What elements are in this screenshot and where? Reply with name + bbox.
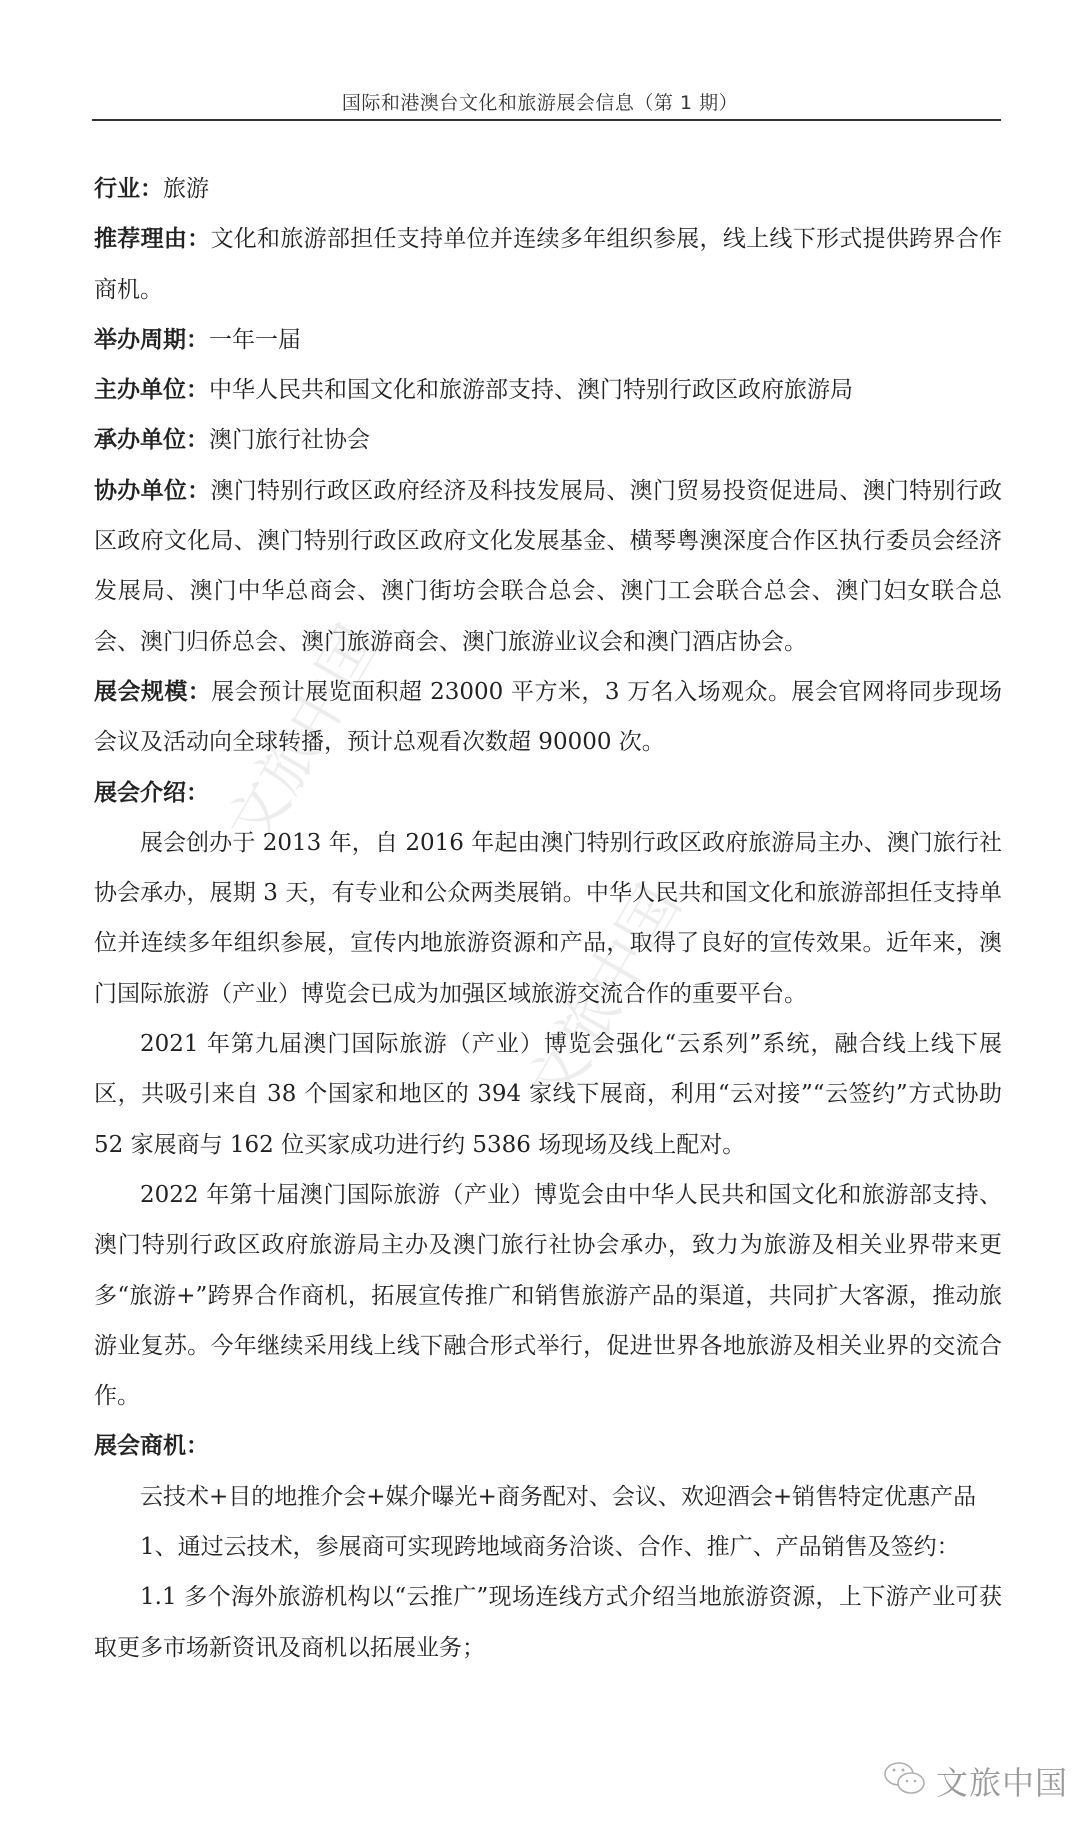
opportunities-heading: 展会商机： xyxy=(94,1421,1002,1471)
field-value: 文化和旅游部担任支持单位并连续多年组织参展，线上线下形式提供跨界合作商机。 xyxy=(94,226,1002,302)
field-value: 旅游 xyxy=(163,176,209,202)
footer-watermark: 文旅中国 xyxy=(882,1758,1068,1804)
field-label: 承办单位： xyxy=(94,427,209,453)
opportunities-paragraph: 1、通过云技术，参展商可实现跨地域商务洽谈、合作、推广、产品销售及签约： xyxy=(94,1522,1002,1572)
wechat-icon xyxy=(882,1759,928,1803)
intro-paragraph: 2021 年第九届澳门国际旅游（产业）博览会强化“云系列”系统，融合线上线下展区… xyxy=(94,1019,1002,1170)
intro-paragraph: 2022 年第十届澳门国际旅游（产业）博览会由中华人民共和国文化和旅游部支持、澳… xyxy=(94,1170,1002,1421)
intro-heading: 展会介绍： xyxy=(94,768,1002,818)
field-value: 中华人民共和国文化和旅游部支持、澳门特别行政区政府旅游局 xyxy=(209,377,853,403)
field-value: 一年一届 xyxy=(209,327,301,353)
footer-watermark-text: 文旅中国 xyxy=(936,1758,1068,1804)
document-body: 行业：旅游 推荐理由：文化和旅游部担任支持单位并连续多年组织参展，线上线下形式提… xyxy=(94,164,1002,1673)
field-cycle: 举办周期：一年一届 xyxy=(94,315,1002,365)
opportunities-paragraph: 云技术+目的地推介会+媒介曝光+商务配对、会议、欢迎酒会+销售特定优惠产品 xyxy=(94,1472,1002,1522)
opportunities-paragraph: 1.1 多个海外旅游机构以“云推广”现场连线方式介绍当地旅游资源，上下游产业可获… xyxy=(94,1572,1002,1673)
field-value: 澳门特别行政区政府经济及科技发展局、澳门贸易投资促进局、澳门特别行政区政府文化局… xyxy=(94,478,1002,655)
intro-paragraph: 展会创办于 2013 年，自 2016 年起由澳门特别行政区政府旅游局主办、澳门… xyxy=(94,818,1002,1019)
field-organizer: 主办单位：中华人民共和国文化和旅游部支持、澳门特别行政区政府旅游局 xyxy=(94,365,1002,415)
field-reason: 推荐理由：文化和旅游部担任支持单位并连续多年组织参展，线上线下形式提供跨界合作商… xyxy=(94,214,1002,315)
field-industry: 行业：旅游 xyxy=(94,164,1002,214)
header-divider xyxy=(92,119,1001,121)
field-undertaker: 承办单位：澳门旅行社协会 xyxy=(94,415,1002,465)
page-header-title: 国际和港澳台文化和旅游展会信息（第 1 期） xyxy=(0,88,1080,115)
field-label: 展会规模： xyxy=(94,679,211,705)
field-label: 行业： xyxy=(94,176,163,202)
field-label: 举办周期： xyxy=(94,327,209,353)
field-label: 主办单位： xyxy=(94,377,209,403)
field-label: 协办单位： xyxy=(94,478,210,504)
field-value: 展会预计展览面积超 23000 平方米，3 万名入场观众。展会官网将同步现场会议… xyxy=(94,679,1002,755)
field-co-organizers: 协办单位：澳门特别行政区政府经济及科技发展局、澳门贸易投资促进局、澳门特别行政区… xyxy=(94,466,1002,667)
field-value: 澳门旅行社协会 xyxy=(209,427,370,453)
field-scale: 展会规模：展会预计展览面积超 23000 平方米，3 万名入场观众。展会官网将同… xyxy=(94,667,1002,768)
field-label: 推荐理由： xyxy=(94,226,210,252)
